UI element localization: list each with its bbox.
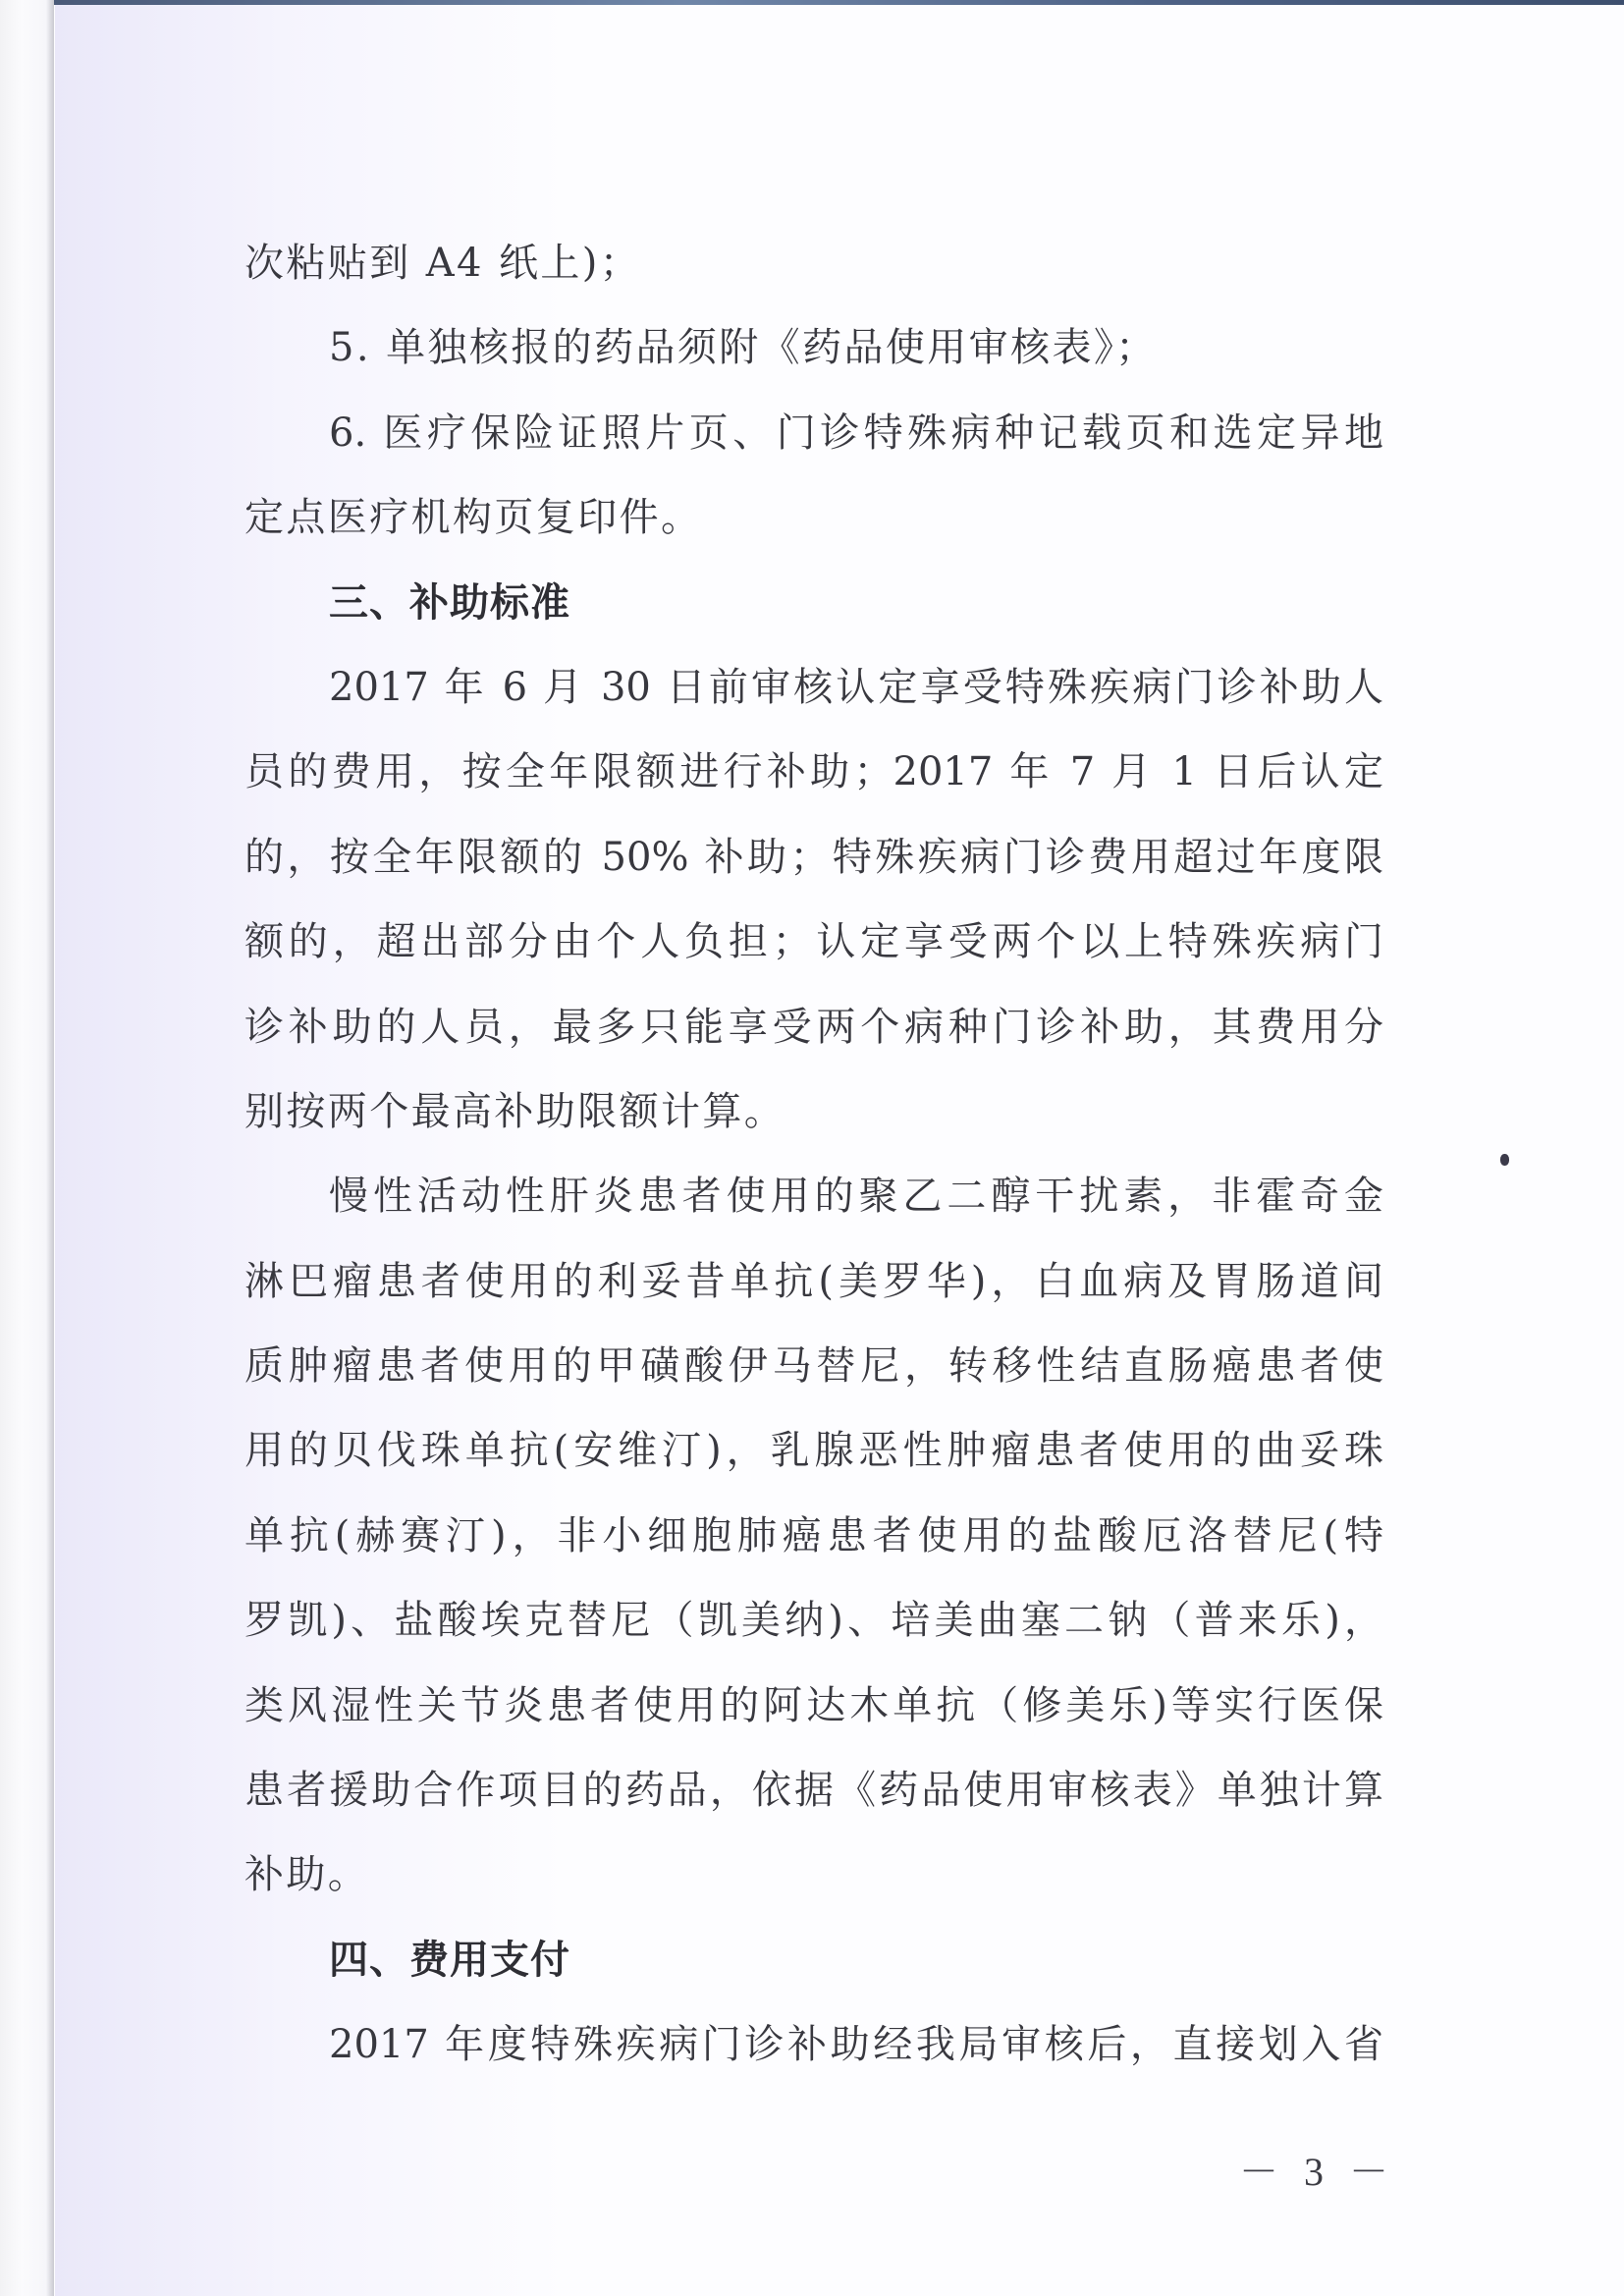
document-body: 次粘贴到 A4 纸上)； 5. 单独核报的药品须附《药品使用审核表》； 6. 医… xyxy=(244,221,1383,2088)
ink-dot-mark xyxy=(1500,1154,1509,1166)
paragraph-line: 类风湿性关节炎患者使用的阿达木单抗（修美乐)等实行医保 xyxy=(244,1664,1383,1748)
paragraph-line: 单抗(赫赛汀)，非小细胞肺癌患者使用的盐酸厄洛替尼(特 xyxy=(244,1494,1383,1578)
section-heading-subsidy-standard: 三、补助标准 xyxy=(244,561,1383,645)
paragraph-line: 诊补助的人员，最多只能享受两个病种门诊补助，其费用分 xyxy=(244,985,1383,1069)
paragraph-line: 补助。 xyxy=(244,1832,1383,1917)
paragraph-line: 用的贝伐珠单抗(安维汀)，乳腺恶性肿瘤患者使用的曲妥珠 xyxy=(244,1408,1383,1493)
paragraph-line: 慢性活动性肝炎患者使用的聚乙二醇干扰素，非霍奇金 xyxy=(244,1154,1383,1238)
paragraph-line: 别按两个最高补助限额计算。 xyxy=(244,1069,1383,1154)
page-number: － 3 － xyxy=(1239,2141,1396,2197)
list-item-6: 6. 医疗保险证照片页、门诊特殊病种记载页和选定异地 xyxy=(244,391,1383,475)
paragraph-line: 患者援助合作项目的药品，依据《药品使用审核表》单独计算 xyxy=(244,1748,1383,1832)
paragraph-line: 罗凯)、盐酸埃克替尼（凯美纳)、培美曲塞二钠（普来乐)， xyxy=(244,1578,1383,1663)
section-heading-fee-payment: 四、费用支付 xyxy=(244,1918,1383,2002)
scan-top-edge xyxy=(54,0,1624,5)
paragraph-line: 的，按全年限额的 50% 补助；特殊疾病门诊费用超过年度限 xyxy=(244,815,1383,900)
scan-left-margin-strip xyxy=(0,0,54,2296)
body-line: 定点医疗机构页复印件。 xyxy=(244,475,1383,560)
paragraph-line: 质肿瘤患者使用的甲磺酸伊马替尼，转移性结直肠癌患者使 xyxy=(244,1324,1383,1408)
paragraph-line: 额的，超出部分由个人负担；认定享受两个以上特殊疾病门 xyxy=(244,900,1383,984)
paragraph-line: 员的费用，按全年限额进行补助；2017 年 7 月 1 日后认定 xyxy=(244,730,1383,814)
paragraph-line: 2017 年 6 月 30 日前审核认定享受特殊疾病门诊补助人 xyxy=(244,645,1383,730)
list-item-5: 5. 单独核报的药品须附《药品使用审核表》； xyxy=(244,305,1383,390)
body-line: 次粘贴到 A4 纸上)； xyxy=(244,221,1383,305)
paragraph-line: 2017 年度特殊疾病门诊补助经我局审核后，直接划入省 xyxy=(244,2002,1383,2087)
paragraph-line: 淋巴瘤患者使用的利妥昔单抗(美罗华)，白血病及胃肠道间 xyxy=(244,1239,1383,1324)
